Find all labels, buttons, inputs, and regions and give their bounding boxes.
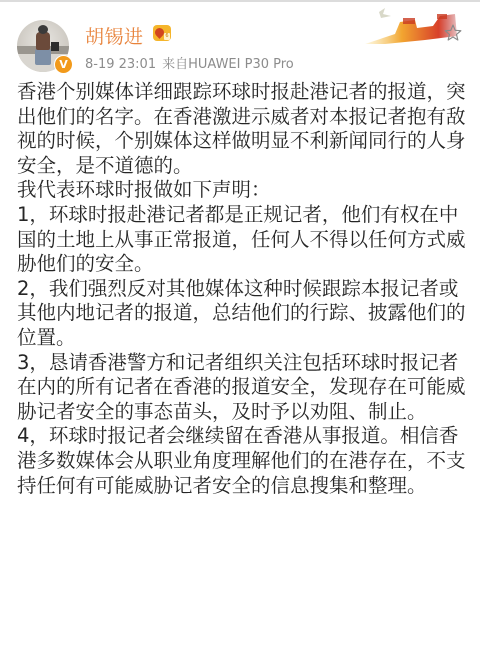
post-meta: 8-19 23:01来自HUAWEI P30 Pro [85, 53, 294, 72]
post-paragraph: 1，环球时报赴港记者都是正规记者，他们有权在中国的土地上从事正常报道，任何人不得… [17, 203, 467, 277]
avatar-figure-body [36, 32, 50, 50]
post-body: 香港个别媒体详细跟踪环球时报赴港记者的报道，突出他们的名字。在香港激进示威者对本… [17, 80, 467, 498]
post-paragraph: 3，恳请香港警方和记者组织关注包括环球时报记者在内的所有记者在香港的报道安全，发… [17, 351, 467, 425]
author-name[interactable]: 胡锡进 [85, 22, 144, 49]
level-tag-icon: 6 [164, 33, 170, 40]
post-paragraph: 2，我们强烈反对其他媒体这种时候跟踪本报记者或其他内地记者的报道，总结他们的行踪… [17, 277, 467, 351]
post-paragraph: 香港个别媒体详细跟踪环球时报赴港记者的报道，突出他们的名字。在香港激进示威者对本… [17, 80, 467, 178]
post-paragraph: 4，环球时报记者会继续留在香港从事报道。相信香港多数媒体会从职业角度理解他们的在… [17, 424, 467, 498]
post-source: 来自HUAWEI P30 Pro [162, 57, 294, 72]
avatar-figure-legs [35, 49, 51, 65]
star-outline-icon[interactable] [443, 23, 463, 43]
post-timestamp: 8-19 23:01 [85, 57, 156, 72]
verified-v-icon: V [54, 55, 73, 74]
avatar-figure-head [38, 25, 48, 34]
vip-crown-icon[interactable]: 6 [153, 25, 171, 41]
post-paragraph: 我代表环球时报做如下声明： [17, 178, 467, 203]
avatar-figure-bag [51, 42, 59, 51]
post-header: V 胡锡进 6 8-19 23:01来自HUAWEI P30 Pro [0, 0, 480, 78]
